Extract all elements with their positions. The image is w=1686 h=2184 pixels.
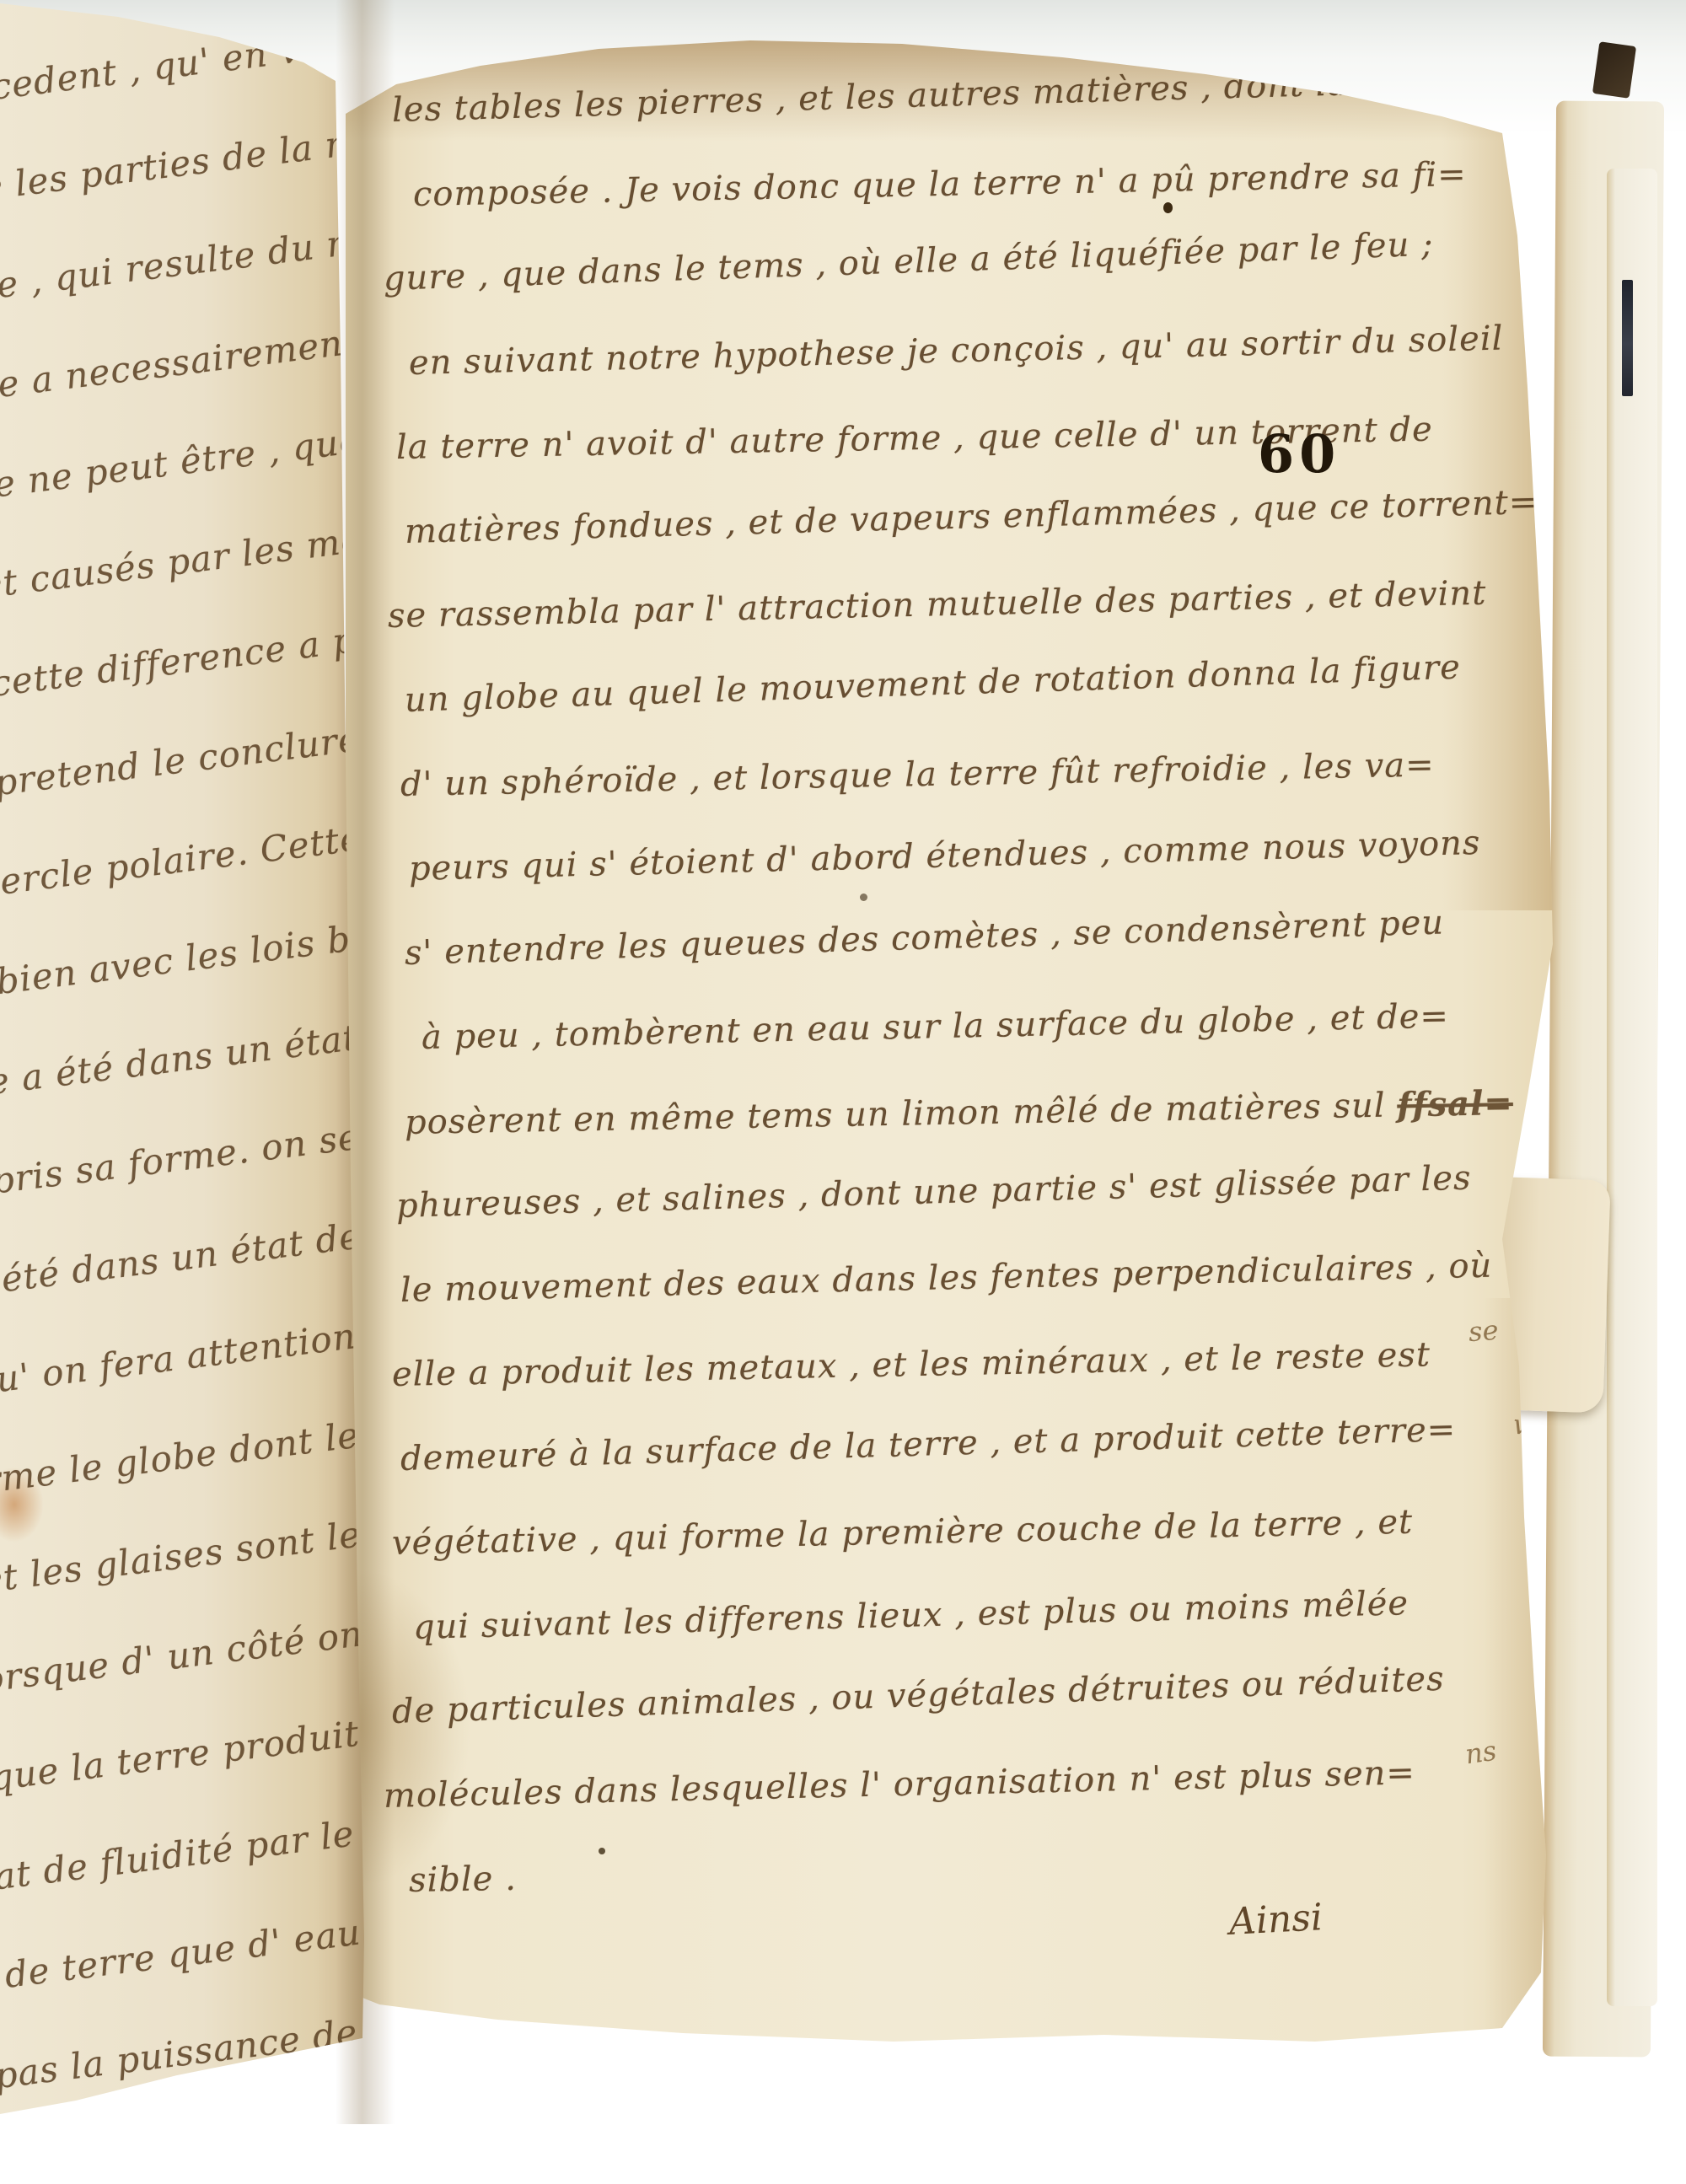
manuscript-line: n' a pas la puissance de: [0, 2010, 365, 2106]
catchword: Ainsi: [1228, 1896, 1324, 1944]
manuscript-line: peurs qui s' étoient d' abord étendues ,…: [408, 824, 1481, 888]
manuscript-line: molécules dans lesquelles l' organisatio…: [383, 1753, 1415, 1816]
manuscript-line: matières fondues , et de vapeurs enflamm…: [404, 483, 1538, 551]
manuscript-line: n le pretend le conclure: [0, 717, 365, 813]
manuscript-line: les tables les pierres , et les autres m…: [391, 60, 1515, 130]
manuscript-line: gure , que dans le tems , où elle a été …: [383, 225, 1434, 298]
gutter-shadow: [336, 0, 395, 2124]
manuscript-line: le mouvement des eaux dans les fentes pe…: [400, 1247, 1492, 1310]
binding-corner: [1592, 41, 1636, 99]
manuscript-line: demeuré à la surface de la terre , et a …: [400, 1410, 1456, 1478]
manuscript-line: composée . Je vois donc que la terre n' …: [413, 155, 1468, 214]
manuscript-line: d' un sphéroïde , et lorsque la terre fû…: [400, 745, 1436, 804]
left-page: le precedent , qu' en vertentre les part…: [0, 0, 368, 2126]
manuscript-photo: les tables les pierres , et les autres m…: [0, 0, 1686, 2184]
manuscript-line: sible .: [409, 1859, 518, 1900]
manuscript-line: phureuses , et salines , dont une partie…: [395, 1159, 1472, 1226]
manuscript-line: entre les parties de la m: [0, 121, 365, 217]
manuscript-line: à peu , tombèrent en eau sur la surface …: [421, 996, 1450, 1057]
dark-bookmark-stripe: [1622, 280, 1633, 396]
manuscript-line: qui suivant les differens lieux , est pl…: [412, 1584, 1409, 1647]
right-page-text: les tables les pierres , et les autres m…: [346, 34, 1585, 2074]
manuscript-line: il a pris sa forme. on se: [0, 1115, 365, 1210]
page-number: 60: [1258, 423, 1340, 485]
manuscript-line: erre a été dans un état de: [0, 1215, 365, 1315]
manuscript-line: de particules animales , ou végétales dé…: [391, 1660, 1445, 1731]
manuscript-line: ntrifuge , qui resulte du m: [0, 220, 365, 322]
manuscript-line: que ce ne peut être , que: [0, 419, 365, 518]
manuscript-line: posèrent en même tems un limon mêlé de m…: [405, 1083, 1514, 1142]
manuscript-line: iment plus de terre que d' eau: [0, 1911, 365, 2021]
manuscript-line: n état de fluidité par le: [0, 1811, 365, 1907]
underlying-leaf-edge-2: [1607, 169, 1657, 2006]
manuscript-line: qu' il y a que la terre produit: [0, 1712, 365, 1820]
manuscript-line: elle a produit les metaux , et les minér…: [392, 1335, 1431, 1394]
right-page: les tables les pierres , et les autres m…: [346, 34, 1585, 2074]
manuscript-line: se rassembla par l' attraction mutuelle …: [388, 574, 1487, 636]
manuscript-line: un globe au quel le mouvement de rotatio…: [404, 648, 1461, 720]
manuscript-line: eu , lorsqu' on fera attention: [0, 1314, 365, 1421]
margin-fragment: se: [1468, 1314, 1500, 1348]
manuscript-line: végétative , qui forme la première couch…: [392, 1503, 1414, 1563]
margin-fragment: vt: [1511, 1408, 1541, 1442]
manuscript-line: globe a été dans un état: [0, 1016, 365, 1113]
manuscript-line: que cette difference a p: [0, 618, 365, 714]
left-page-text: le precedent , qu' en vertentre les part…: [0, 0, 368, 2126]
manuscript-line: ables , et les glaises sont le: [0, 1513, 365, 1618]
manuscript-line: de si bien avec les lois bl: [0, 916, 365, 1015]
manuscript-line: ce , et causés par les mo: [0, 518, 365, 616]
manuscript-line: a terre a necessairement: [0, 319, 365, 418]
margin-fragment: ns: [1463, 1735, 1499, 1771]
manuscript-line: le precedent , qu' en vert: [0, 21, 365, 121]
manuscript-line: s' entendre les queues des comètes , se …: [404, 903, 1444, 973]
manuscript-line: lles , et lorsque d' un côté on: [0, 1613, 365, 1720]
manuscript-line: en suivant notre hypothese je conçois , …: [408, 319, 1503, 383]
manuscript-line: et au cercle polaire. Cette: [0, 817, 365, 918]
strikethrough-word: ffsal=: [1397, 1083, 1513, 1124]
manuscript-line: renferme le globe dont le: [0, 1414, 365, 1513]
